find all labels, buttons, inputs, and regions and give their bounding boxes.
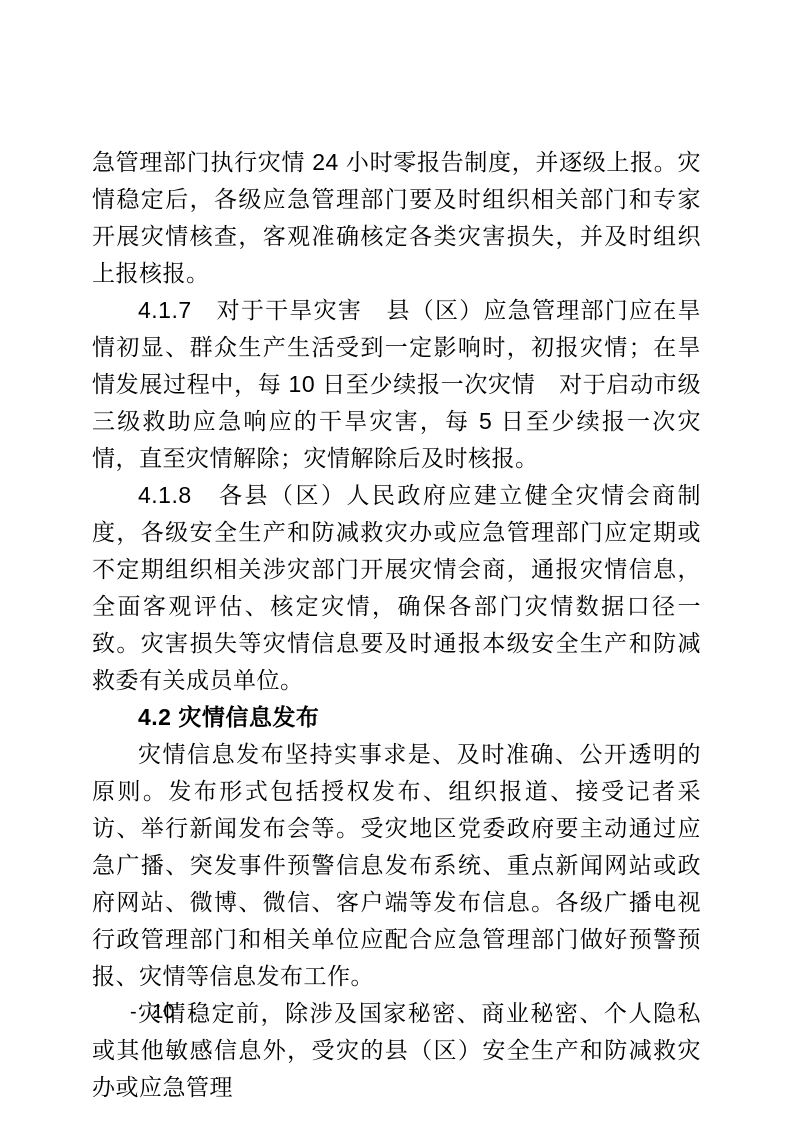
paragraph-4-1-8: 4.1.8 各县（区）人民政府应建立健全灾情会商制度，各级安全生产和防减救灾办或…: [92, 477, 701, 699]
paragraph-info-release: 灾情信息发布坚持实事求是、及时准确、公开透明的原则。发布形式包括授权发布、组织报…: [92, 736, 701, 995]
document-body: 急管理部门执行灾情 24 小时零报告制度，并逐级上报。灾情稳定后，各级应急管理部…: [92, 144, 701, 1106]
paragraph-continuation: 急管理部门执行灾情 24 小时零报告制度，并逐级上报。灾情稳定后，各级应急管理部…: [92, 144, 701, 292]
paragraph-4-1-7: 4.1.7 对于干旱灾害 县（区）应急管理部门应在旱情初显、群众生产生活受到一定…: [92, 292, 701, 477]
section-heading-4-2: 4.2 灾情信息发布: [92, 699, 701, 736]
page-number: - 10 -: [130, 1000, 197, 1024]
document-page: 急管理部门执行灾情 24 小时零报告制度，并逐级上报。灾情稳定后，各级应急管理部…: [0, 0, 793, 1122]
